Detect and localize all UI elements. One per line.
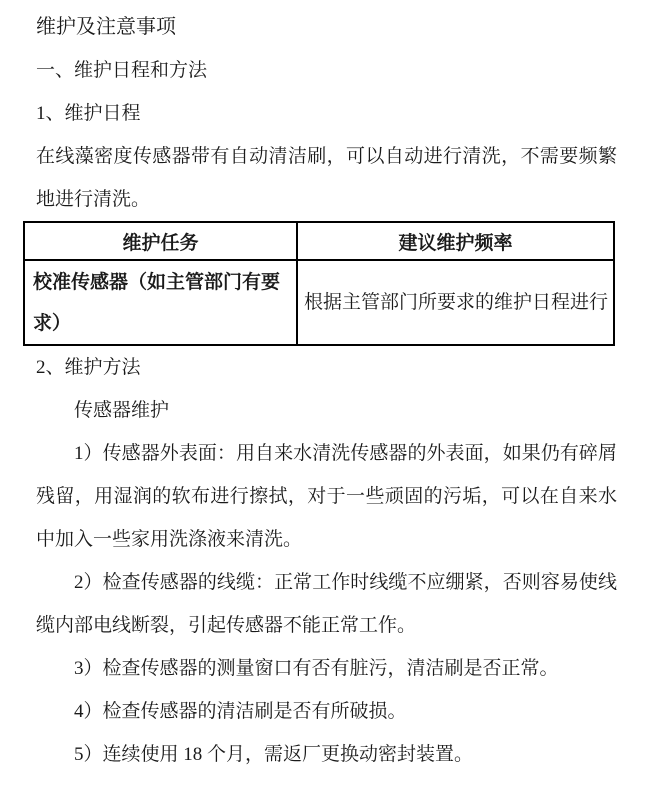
maintenance-table: 维护任务 建议维护频率 校准传感器（如主管部门有要求） 根据主管部门所要求的维护…	[23, 221, 615, 346]
subsection-heading-schedule: 1、维护日程	[36, 92, 617, 135]
list-item-3: 3）检查传感器的测量窗口有否有脏污，清洁刷是否正常。	[36, 647, 617, 690]
document-page: { "document": { "title": "维护及注意事项", "sec…	[0, 0, 653, 797]
page: 维护及注意事项 一、维护日程和方法 1、维护日程 在线藻密度传感器带有自动清洁刷…	[0, 0, 653, 797]
list-item-5: 5）连续使用 18 个月，需返厂更换动密封装置。	[36, 733, 617, 776]
table-header-row: 维护任务 建议维护频率	[24, 222, 614, 260]
table-row: 校准传感器（如主管部门有要求） 根据主管部门所要求的维护日程进行	[24, 260, 614, 345]
page-title: 维护及注意事项	[36, 6, 617, 49]
list-item-4: 4）检查传感器的清洁刷是否有所破损。	[36, 690, 617, 733]
table-cell-frequency: 根据主管部门所要求的维护日程进行	[297, 260, 614, 345]
table-header-task: 维护任务	[24, 222, 297, 260]
section-heading: 一、维护日程和方法	[36, 49, 617, 92]
table-header-frequency: 建议维护频率	[297, 222, 614, 260]
list-item-1: 1）传感器外表面：用自来水清洗传感器的外表面，如果仍有碎屑残留，用湿润的软布进行…	[36, 432, 617, 561]
list-item-2: 2）检查传感器的线缆：正常工作时线缆不应绷紧，否则容易使线缆内部电线断裂，引起传…	[36, 561, 617, 647]
table-cell-task: 校准传感器（如主管部门有要求）	[24, 260, 297, 345]
subsection-heading-method: 2、维护方法	[36, 346, 617, 389]
intro-paragraph: 在线藻密度传感器带有自动清洁刷，可以自动进行清洗，不需要频繁地进行清洗。	[36, 135, 617, 221]
sensor-maintenance-subheading: 传感器维护	[36, 389, 617, 432]
